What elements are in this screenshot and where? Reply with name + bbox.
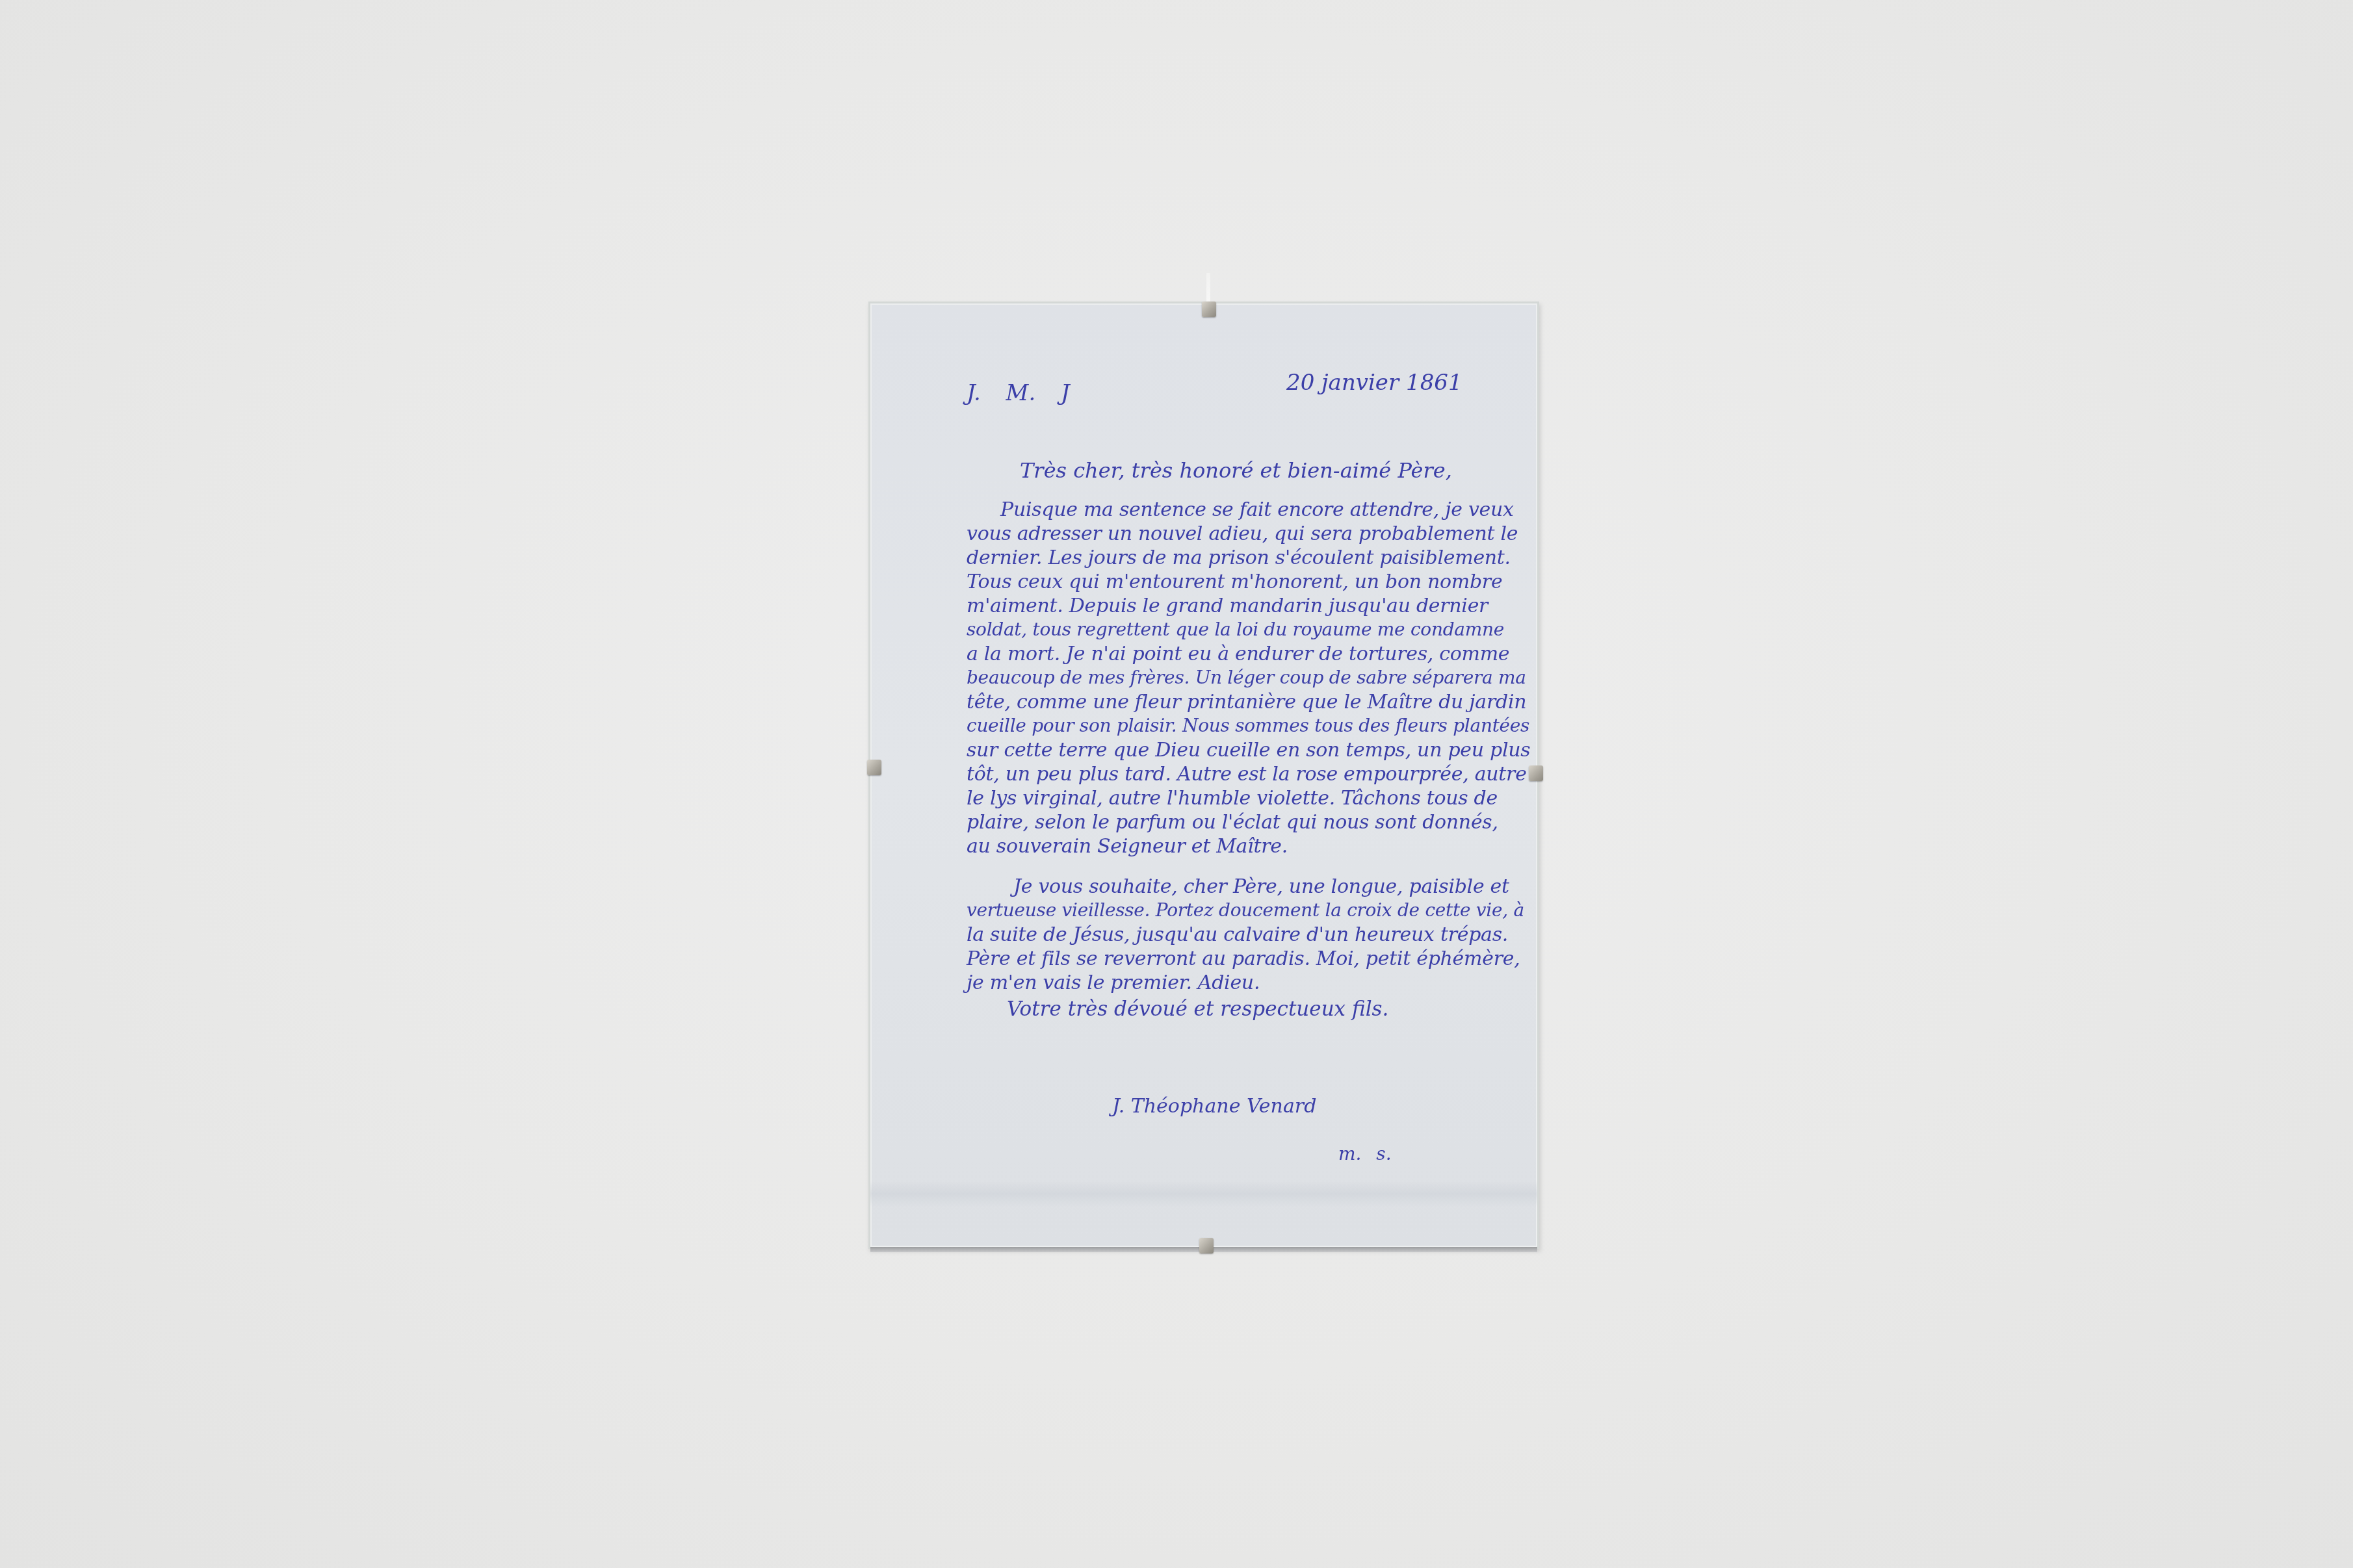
wall-nail-mark: [1206, 273, 1210, 302]
letter-line: Puisque ma sentence se fait encore atten…: [1000, 498, 1514, 521]
glass-frame: J. M. J 20 janvier 1861 Très cher, très …: [868, 302, 1539, 1249]
letter-line: Tous ceux qui m'entourent m'honorent, un…: [967, 571, 1502, 593]
frame-clip-bottom: [1199, 1238, 1214, 1253]
letter-line: sur cette terre que Dieu cueille en son …: [967, 739, 1530, 762]
frame-clip-right: [1529, 765, 1543, 781]
letter-line: vertueuse vieillesse. Portez doucement l…: [967, 899, 1524, 921]
letter-line: m'aiment. Depuis le grand mandarin jusqu…: [967, 595, 1488, 617]
letter-line: Père et fils se reverront au paradis. Mo…: [967, 947, 1520, 970]
letter-line: tôt, un peu plus tard. Autre est la rose…: [967, 763, 1527, 786]
letter-line: dernier. Les jours de ma prison s'écoule…: [967, 546, 1511, 569]
letter-line: le lys virginal, autre l'humble violette…: [967, 787, 1498, 810]
letter-line: au souverain Seigneur et Maître.: [967, 835, 1288, 858]
letter-line: la suite de Jésus, jusqu'au calvaire d'u…: [967, 923, 1508, 946]
letter-line: plaire, selon le parfum ou l'éclat qui n…: [967, 811, 1498, 834]
handwritten-letter: J. M. J 20 janvier 1861 Très cher, très …: [870, 303, 1537, 1247]
letter-initials: m. s.: [1338, 1143, 1392, 1164]
letter-line: cueille pour son plaisir. Nous sommes to…: [967, 715, 1529, 736]
frame-clip-left: [867, 760, 881, 775]
frame-clip-top: [1202, 302, 1216, 317]
letter-signature: J. Théophane Venard: [1112, 1095, 1316, 1118]
letter-closing: Votre très dévoué et respectueux fils.: [1007, 997, 1388, 1021]
letter-date: 20 janvier 1861: [1286, 370, 1462, 396]
letter-line: beaucoup de mes frères. Un léger coup de…: [967, 667, 1526, 688]
letter-line: vous adresser un nouvel adieu, qui sera …: [967, 522, 1518, 545]
letter-line: Je vous souhaite, cher Père, une longue,…: [1013, 875, 1509, 898]
letter-line: tête, comme une fleur printanière que le…: [967, 691, 1526, 713]
letter-line: soldat, tous regrettent que la loi du ro…: [967, 619, 1504, 640]
letter-header-jmj: J. M. J: [967, 380, 1070, 406]
letter-line: a la mort. Je n'ai point eu à endurer de…: [967, 643, 1509, 665]
letter-line: je m'en vais le premier. Adieu.: [967, 971, 1260, 994]
letter-greeting: Très cher, très honoré et bien-aimé Père…: [1020, 458, 1452, 483]
